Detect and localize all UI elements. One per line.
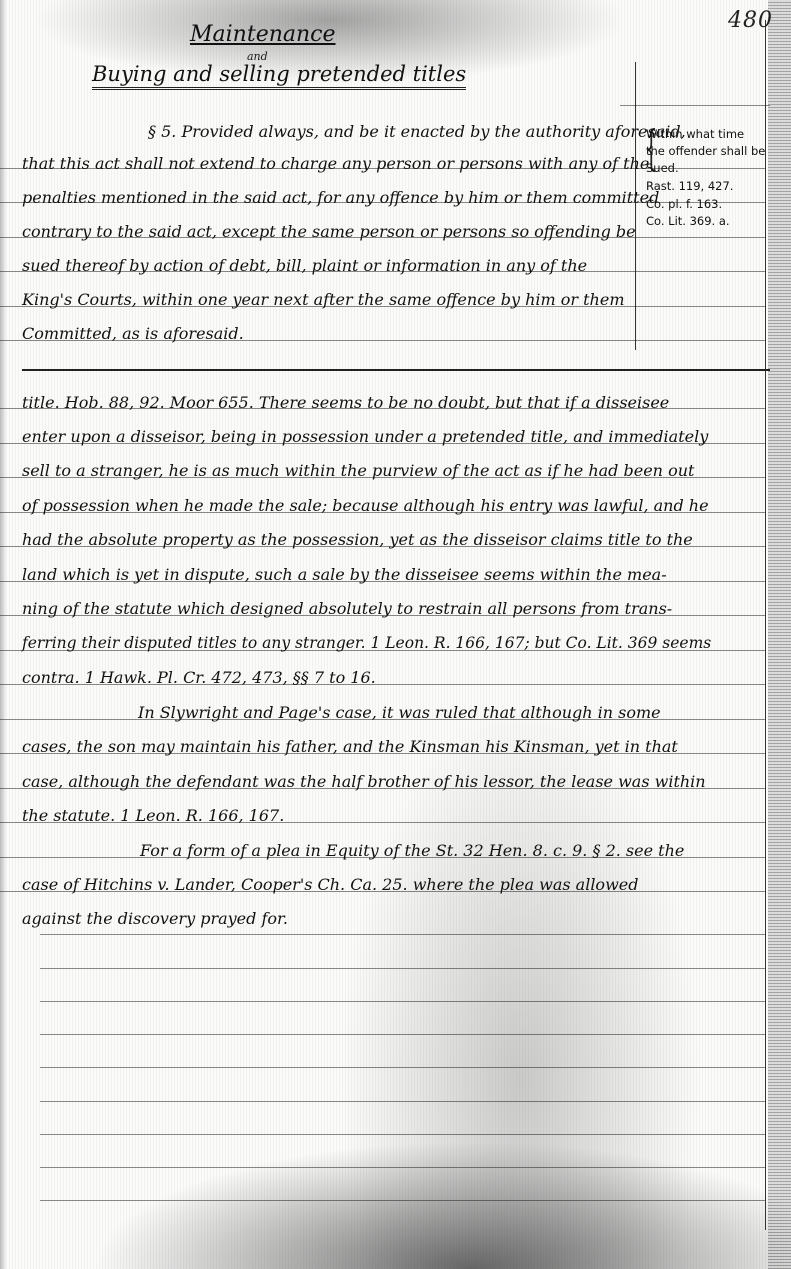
margin-note: Co. pl. f. 163. bbox=[646, 197, 722, 211]
ruled-line bbox=[40, 1101, 765, 1102]
text-line: King's Courts, within one year next afte… bbox=[22, 290, 625, 309]
page-number: 480 bbox=[728, 8, 773, 33]
text-line: In Slywright and Page's case, it was rul… bbox=[138, 703, 661, 722]
page-subtitle: Buying and selling pretended titles bbox=[92, 62, 466, 90]
manuscript-page: 480 Maintenance and Buying and selling p… bbox=[0, 0, 791, 1269]
text-line: sell to a stranger, he is as much within… bbox=[22, 461, 694, 480]
ruled-line bbox=[40, 934, 765, 935]
ruled-line bbox=[40, 1067, 765, 1068]
ruled-line bbox=[40, 1034, 765, 1035]
text-line: Committed, as is aforesaid. bbox=[22, 324, 244, 343]
margin-note: Sued. bbox=[646, 161, 679, 175]
ruled-line bbox=[40, 1001, 765, 1002]
page-binding-strip bbox=[768, 0, 791, 1269]
text-line: land which is yet in dispute, such a sal… bbox=[22, 565, 667, 584]
text-line: the statute. 1 Leon. R. 166, 167. bbox=[22, 806, 284, 825]
text-line: title. Hob. 88, 92. Moor 655. There seem… bbox=[22, 393, 669, 412]
text-line: § 5. Provided always, and be it enacted … bbox=[148, 122, 686, 141]
text-line: enter upon a disseisor, being in possess… bbox=[22, 427, 708, 446]
ruled-line bbox=[620, 105, 770, 106]
text-line: case of Hitchins v. Lander, Cooper's Ch.… bbox=[22, 875, 638, 894]
ruled-line bbox=[40, 1200, 765, 1201]
text-line: contrary to the said act, except the sam… bbox=[22, 222, 636, 241]
text-line: had the absolute property as the possess… bbox=[22, 530, 693, 549]
ruled-line bbox=[40, 1134, 765, 1135]
page-title: Maintenance bbox=[190, 22, 336, 47]
scan-edge bbox=[0, 0, 6, 1269]
right-margin-rule bbox=[765, 20, 766, 1230]
margin-note: Within what time bbox=[646, 127, 744, 141]
margin-note: the offender shall be bbox=[646, 144, 765, 158]
margin-note: Co. Lit. 369. a. bbox=[646, 214, 730, 228]
text-line: penalties mentioned in the said act, for… bbox=[22, 188, 659, 207]
ruled-line bbox=[40, 1167, 765, 1168]
text-line: case, although the defendant was the hal… bbox=[22, 772, 706, 791]
ruled-line bbox=[40, 968, 765, 969]
text-line: contra. 1 Hawk. Pl. Cr. 472, 473, §§ 7 t… bbox=[22, 668, 376, 687]
text-line: ning of the statute which designed absol… bbox=[22, 599, 672, 618]
margin-note: Rast. 119, 427. bbox=[646, 179, 733, 193]
text-line: that this act shall not extend to charge… bbox=[22, 154, 649, 173]
text-line: cases, the son may maintain his father, … bbox=[22, 737, 678, 756]
text-line: For a form of a plea in Equity of the St… bbox=[140, 841, 684, 860]
text-line: against the discovery prayed for. bbox=[22, 909, 288, 928]
text-line: ferring their disputed titles to any str… bbox=[22, 634, 711, 652]
section-divider bbox=[22, 369, 770, 371]
text-line: sued thereof by action of debt, bill, pl… bbox=[22, 256, 587, 275]
text-line: of possession when he made the sale; bec… bbox=[22, 496, 709, 515]
